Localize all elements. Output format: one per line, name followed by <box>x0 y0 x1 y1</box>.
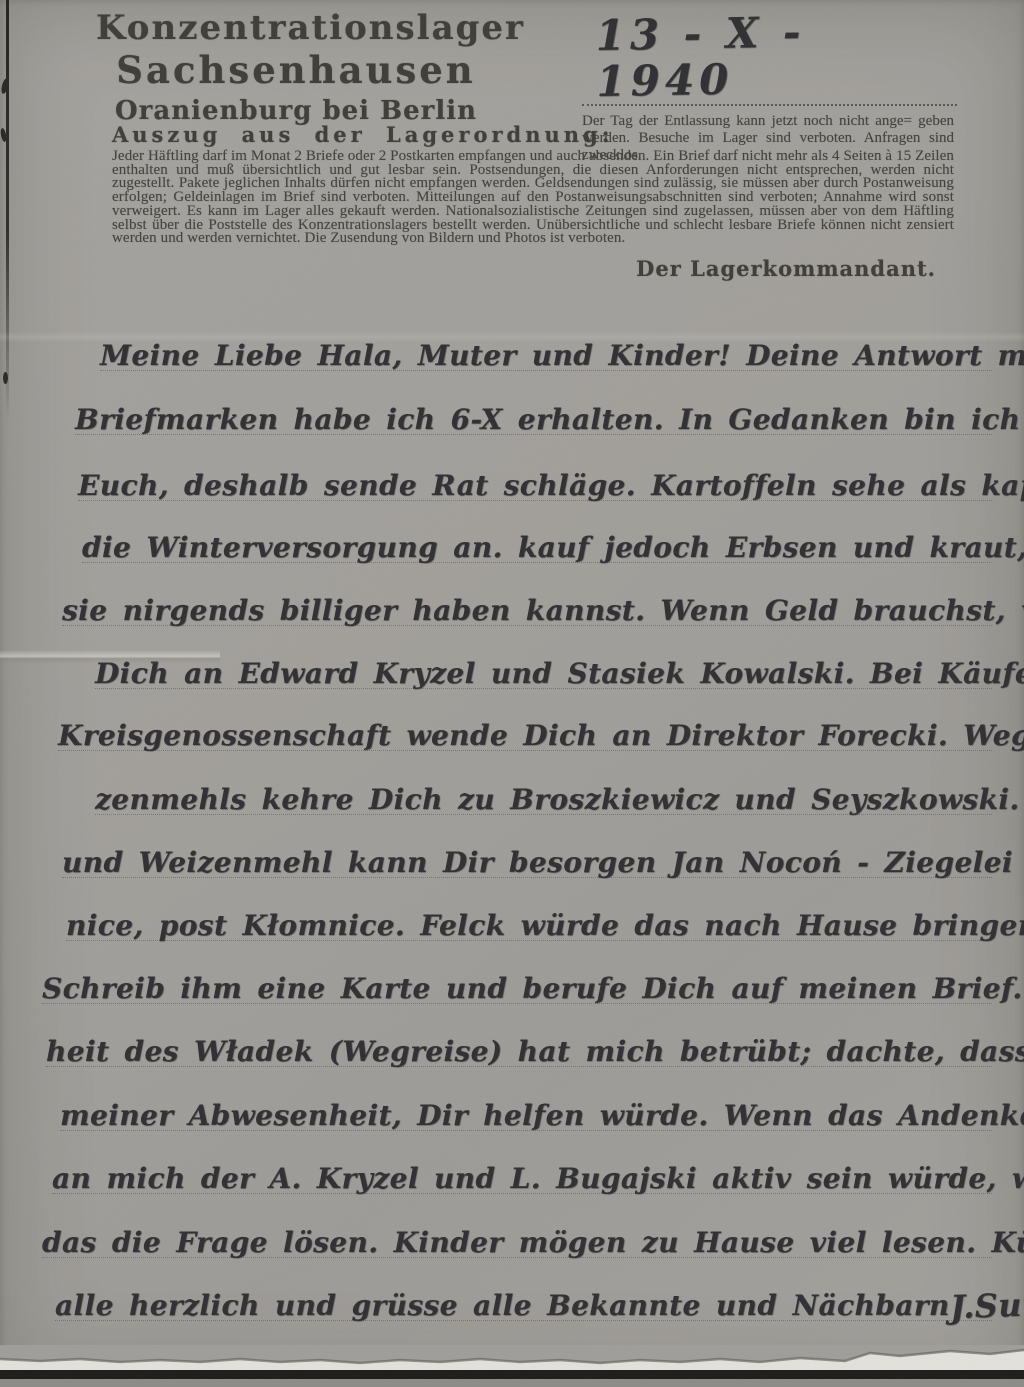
letter-line-10: nice, post Kłomnice. Felck würde das nac… <box>66 894 992 941</box>
letter-line-4: die Winterversorgung an. kauf jedoch Erb… <box>82 516 992 563</box>
edge-ink-mark <box>3 372 8 384</box>
letter-line-text: das die Frage lösen. Kinder mögen zu Hau… <box>42 1229 1024 1257</box>
letter-line-text: Euch, deshalb sende Rat schläge. Kartoff… <box>78 472 1024 500</box>
scanned-letter-page: Konzentrationslager Sachsenhausen Oranie… <box>0 0 1024 1387</box>
torn-edge-graphic <box>0 1345 1024 1387</box>
camp-name-line2: Sachsenhausen <box>96 48 496 92</box>
letter-line-text: zenmehls kehre Dich zu Broszkiewicz und … <box>95 786 1024 814</box>
torn-bottom-edge <box>0 1345 1024 1387</box>
letter-line-text: Dich an Edward Kryzel und Stasiek Kowals… <box>95 660 1024 688</box>
scan-edge-line <box>6 0 9 420</box>
letter-line-3: Euch, deshalb sende Rat schläge. Kartoff… <box>78 454 992 501</box>
letter-line-14: an mich der A. Kryzel und L. Bugajski ak… <box>52 1147 992 1194</box>
letter-line-text: alle herzlich und grüsse alle Bekannte u… <box>55 1292 950 1320</box>
letter-line-text: die Winterversorgung an. kauf jedoch Erb… <box>82 534 1024 562</box>
handwritten-date: 13 - X - 1940 <box>581 7 961 106</box>
letter-line-text: heit des Władek (Wegreise) hat mich betr… <box>46 1038 1024 1066</box>
letter-line-text: Kreisgenossenschaft wende Dich an Direkt… <box>58 722 1024 750</box>
letter-line-text: und Weizenmehl kann Dir besorgen Jan Noc… <box>62 849 1024 877</box>
paper-crease <box>0 650 220 664</box>
letter-line-16: alle herzlich und grüsse alle Bekannte u… <box>55 1274 992 1321</box>
letter-line-text: Briefmarken habe ich 6-X erhalten. In Ge… <box>75 406 1024 434</box>
letter-line-5: sie nirgends billiger haben kannst. Wenn… <box>62 579 992 626</box>
regulations-body: Jeder Häftling darf im Monat 2 Briefe od… <box>112 150 954 246</box>
letter-line-text: Meine Liebe Hala, Muter und Kinder! Dein… <box>100 342 1024 370</box>
paper-crease <box>0 332 1024 342</box>
letter-line-2: Briefmarken habe ich 6-X erhalten. In Ge… <box>75 388 992 435</box>
letter-line-12: heit des Władek (Wegreise) hat mich betr… <box>46 1020 992 1067</box>
letter-line-text: nice, post Kłomnice. Felck würde das nac… <box>66 912 1024 940</box>
letter-line-9: und Weizenmehl kann Dir besorgen Jan Noc… <box>62 831 992 878</box>
letter-line-7: Kreisgenossenschaft wende Dich an Direkt… <box>58 704 992 751</box>
letterhead-camp-block: Konzentrationslager Sachsenhausen Oranie… <box>96 8 496 128</box>
camp-commandant-signature: Der Lagerkommandant. <box>636 256 936 281</box>
letter-line-6: Dich an Edward Kryzel und Stasiek Kowals… <box>95 642 992 689</box>
camp-name-line1: Konzentrationslager <box>96 8 496 48</box>
date-block: 13 - X - 1940 Der Tag der Entlassung kan… <box>582 10 960 164</box>
letter-line-text: sie nirgends billiger haben kannst. Wenn… <box>62 597 1024 625</box>
letter-line-text: Schreib ihm eine Karte und berufe Dich a… <box>42 975 1024 1003</box>
letter-line-15: das die Frage lösen. Kinder mögen zu Hau… <box>42 1211 992 1258</box>
letter-line-8: zenmehls kehre Dich zu Broszkiewicz und … <box>95 768 992 815</box>
letter-line-13: meiner Abwesenheit, Dir helfen würde. We… <box>60 1084 992 1131</box>
writer-signature: J.Surmał. <box>949 1285 1024 1323</box>
letter-line-text: an mich der A. Kryzel und L. Bugajski ak… <box>52 1165 1024 1193</box>
letter-line-text: meiner Abwesenheit, Dir helfen würde. We… <box>60 1102 1024 1130</box>
regulations-heading: Auszug aus der Lagerordnung: <box>112 122 613 147</box>
letter-line-11: Schreib ihm eine Karte und berufe Dich a… <box>42 957 992 1004</box>
